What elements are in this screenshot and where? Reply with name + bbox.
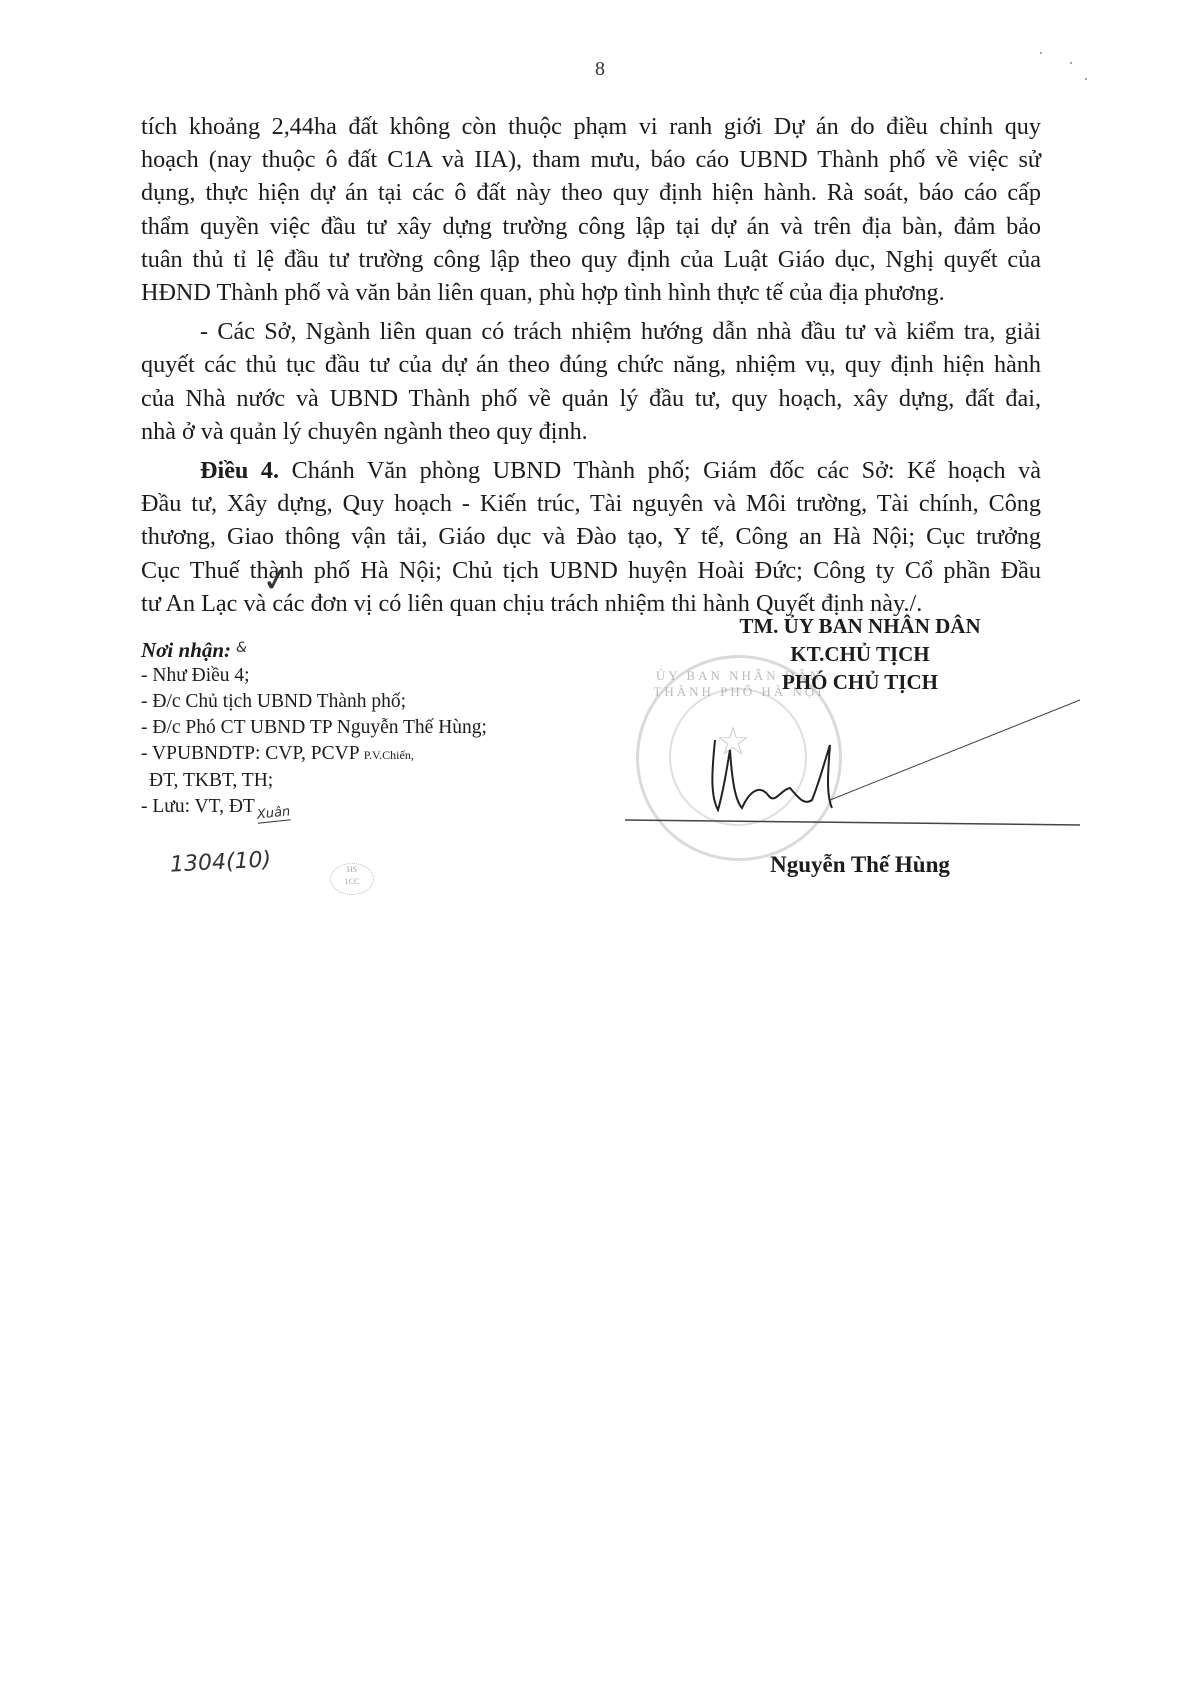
- pcvp-note: P.V.Chiến,: [364, 748, 414, 762]
- handwritten-signature: [600, 660, 1200, 840]
- recipient-item: - VPUBNDTP: CVP, PCVP P.V.Chiến,: [141, 741, 487, 768]
- text-line: hoạch (nay thuộc ô đất C1A và IIA), tham…: [141, 143, 1041, 176]
- recipient-item: ĐT, TKBT, TH;: [141, 768, 487, 794]
- text-line: tuân thủ tỉ lệ đầu tư trường công lập th…: [141, 243, 1041, 276]
- text-line: tích khoảng 2,44ha đất không còn thuộc p…: [141, 110, 1041, 143]
- handwritten-code: 1304(10): [169, 847, 271, 877]
- page-number: 8: [0, 58, 1200, 81]
- signer-name: Nguyễn Thế Hùng: [640, 852, 1080, 878]
- small-stamp: HS1CC: [330, 863, 374, 895]
- recipient-item: - Đ/c Chủ tịch UBND Thành phố;: [141, 689, 487, 715]
- recipient-text: - VPUBNDTP: CVP, PCVP: [141, 743, 359, 764]
- handwritten-initials: Xuân: [256, 804, 291, 823]
- text-line: Đầu tư, Xây dựng, Quy hoạch - Kiến trúc,…: [141, 487, 1041, 520]
- initial-handwriting: &: [236, 640, 247, 656]
- paragraph-2: - Các Sở, Ngành liên quan có trách nhiệm…: [141, 315, 1041, 448]
- recipient-item: - Như Điều 4;: [141, 663, 487, 689]
- text-line: thẩm quyền việc đầu tư xây dựng trường c…: [141, 210, 1041, 243]
- checkmark-handwriting: ✓: [259, 558, 293, 602]
- text-line: của Nhà nước và UBND Thành phố về quản l…: [141, 382, 1041, 415]
- recipients-block: Nơi nhận: - Như Điều 4; - Đ/c Chủ tịch U…: [141, 637, 487, 820]
- paragraph-1: tích khoảng 2,44ha đất không còn thuộc p…: [141, 110, 1041, 309]
- document-body: tích khoảng 2,44ha đất không còn thuộc p…: [141, 110, 1041, 620]
- recipients-title: Nơi nhận:: [141, 637, 487, 663]
- scan-speck: [1040, 52, 1042, 54]
- text-line: HĐND Thành phố và văn bản liên quan, phù…: [141, 276, 1041, 309]
- text-line: thương, Giao thông vận tải, Giáo dục và …: [141, 520, 1041, 553]
- text-line: quyết các thủ tục đầu tư của dự án theo …: [141, 348, 1041, 381]
- article-heading: Điều 4.: [200, 457, 279, 484]
- text-line: Điều 4. Chánh Văn phòng UBND Thành phố; …: [141, 454, 1041, 487]
- article-text: Chánh Văn phòng UBND Thành phố; Giám đốc…: [279, 457, 1041, 484]
- recipient-item: - Lưu: VT, ĐT: [141, 794, 487, 820]
- text-line: dụng, thực hiện dự án tại các ô đất này …: [141, 176, 1041, 209]
- text-line: nhà ở và quản lý chuyên ngành theo quy đ…: [141, 415, 1041, 448]
- text-line: - Các Sở, Ngành liên quan có trách nhiệm…: [141, 315, 1041, 348]
- signature-title: TM. ỦY BAN NHÂN DÂN: [640, 612, 1080, 640]
- recipient-item: - Đ/c Phó CT UBND TP Nguyễn Thế Hùng;: [141, 715, 487, 741]
